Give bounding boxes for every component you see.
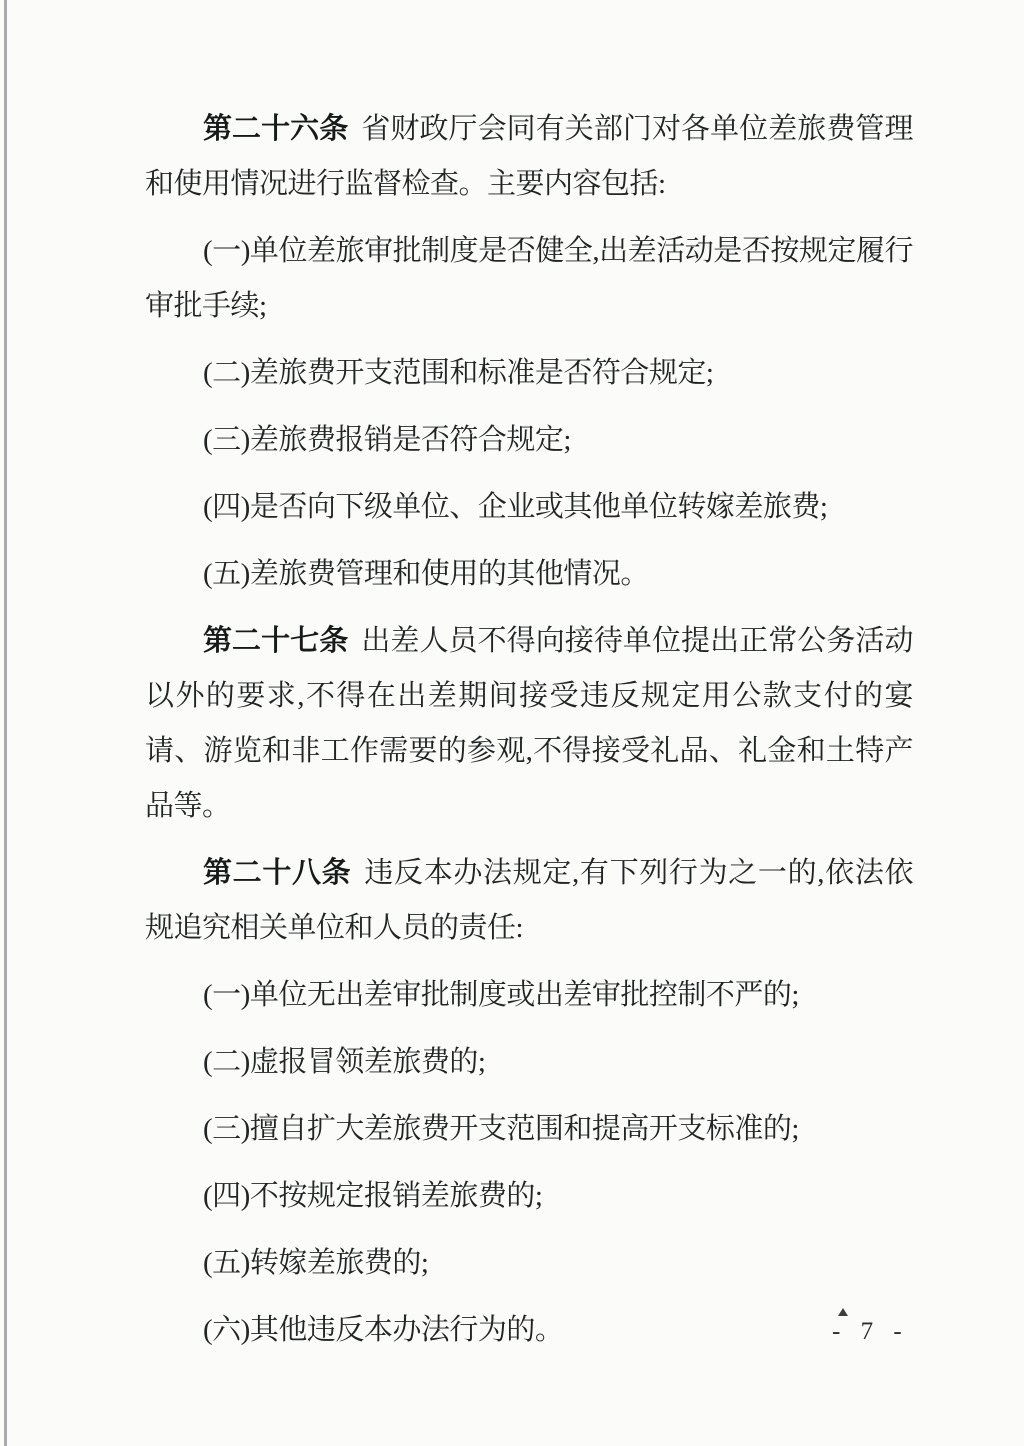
article-26-item-2-text: (二)差旅费开支范围和标准是否符合规定;: [203, 357, 713, 389]
scan-edge-line: [4, 0, 7, 1446]
article-26-item-5-text: (五)差旅费管理和使用的其他情况。: [203, 558, 649, 590]
article-26-item-2: (二)差旅费开支范围和标准是否符合规定;: [145, 346, 913, 401]
article-26-item-4: (四)是否向下级单位、企业或其他单位转嫁差旅费;: [145, 480, 913, 535]
article-26-item-5: (五)差旅费管理和使用的其他情况。: [145, 547, 913, 602]
article-28-number: 第二十八条: [203, 857, 364, 889]
article-28-item-5-text: (五)转嫁差旅费的;: [203, 1247, 428, 1279]
article-26-item-3-text: (三)差旅费报销是否符合规定;: [203, 424, 571, 456]
article-26-number: 第二十六条: [203, 113, 361, 145]
article-26-heading-paragraph: 第二十六条省财政厅会同有关部门对各单位差旅费管理和使用情况进行监督检查。主要内容…: [145, 102, 913, 212]
article-28-item-1: (一)单位无出差审批制度或出差审批控制不严的;: [145, 968, 913, 1023]
page-number-label: - 7 -: [832, 1318, 909, 1345]
article-28-heading-paragraph: 第二十八条违反本办法规定,有下列行为之一的,依法依规追究相关单位和人员的责任:: [145, 846, 913, 956]
article-28-item-2-text: (二)虚报冒领差旅费的;: [203, 1046, 485, 1078]
scan-speck-artifact: [838, 1308, 848, 1316]
article-27-number: 第二十七条: [203, 625, 361, 657]
document-content: 第二十六条省财政厅会同有关部门对各单位差旅费管理和使用情况进行监督检查。主要内容…: [145, 102, 913, 1370]
scanned-document-page: 第二十六条省财政厅会同有关部门对各单位差旅费管理和使用情况进行监督检查。主要内容…: [0, 0, 1024, 1446]
article-28-item-6: (六)其他违反本办法行为的。: [145, 1303, 913, 1358]
article-28-item-2: (二)虚报冒领差旅费的;: [145, 1035, 913, 1090]
article-26-item-1-text: (一)单位差旅审批制度是否健全,出差活动是否按规定履行审批手续;: [145, 235, 913, 322]
article-28-item-4-text: (四)不按规定报销差旅费的;: [203, 1180, 542, 1212]
article-28-item-4: (四)不按规定报销差旅费的;: [145, 1169, 913, 1224]
article-28-item-6-text: (六)其他违反本办法行为的。: [203, 1314, 563, 1346]
page-number: - 7 -: [832, 1318, 909, 1346]
article-28-item-5: (五)转嫁差旅费的;: [145, 1236, 913, 1291]
article-28-item-3: (三)擅自扩大差旅费开支范围和提高开支标准的;: [145, 1102, 913, 1157]
article-26-item-1: (一)单位差旅审批制度是否健全,出差活动是否按规定履行审批手续;: [145, 224, 913, 334]
article-26-item-4-text: (四)是否向下级单位、企业或其他单位转嫁差旅费;: [203, 491, 827, 523]
article-26-item-3: (三)差旅费报销是否符合规定;: [145, 413, 913, 468]
article-27-paragraph: 第二十七条出差人员不得向接待单位提出正常公务活动以外的要求,不得在出差期间接受违…: [145, 614, 913, 834]
article-28-item-1-text: (一)单位无出差审批制度或出差审批控制不严的;: [203, 979, 799, 1011]
article-28-item-3-text: (三)擅自扩大差旅费开支范围和提高开支标准的;: [203, 1113, 799, 1145]
